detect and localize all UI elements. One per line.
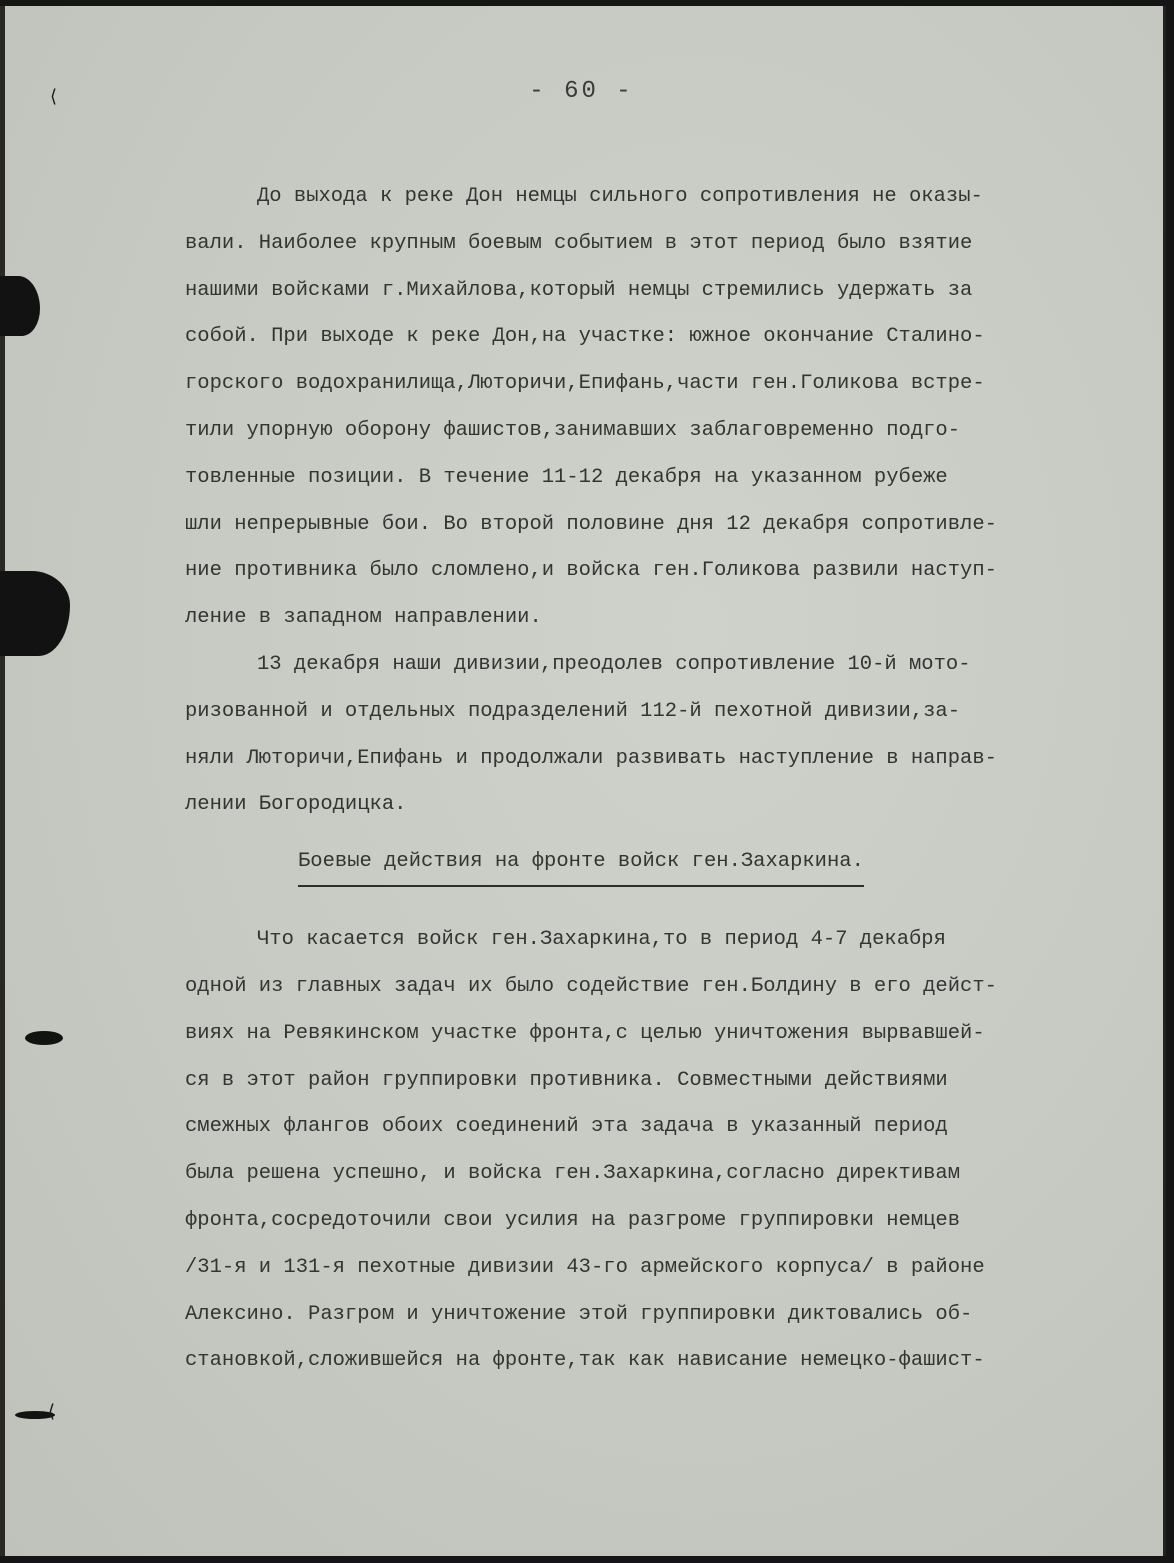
text-line: становкой,сложившейся на фронте,так как … [185, 1338, 1115, 1385]
page-binding-edge [0, 6, 5, 1556]
document-body: До выхода к реке Дон немцы сильного сопр… [185, 174, 1115, 1385]
paragraph-3: Что касается войск ген.Захаркина,то в пе… [185, 917, 1115, 1385]
text-line: Алексино. Разгром и уничтожение этой гру… [185, 1292, 1115, 1339]
paper-damage-mark [25, 1031, 63, 1045]
text-line: вали. Наиболее крупным боевым событием в… [185, 221, 1115, 268]
paragraph-1: До выхода к реке Дон немцы сильного сопр… [185, 174, 1115, 642]
section-heading: Боевые действия на фронте войск ген.Заха… [298, 845, 864, 887]
text-line: смежных флангов обоих соединений эта зад… [185, 1104, 1115, 1151]
text-line: была решена успешно, и войска ген.Захарк… [185, 1151, 1115, 1198]
text-line: товленные позиции. В течение 11-12 декаб… [185, 455, 1115, 502]
text-line: ризованной и отдельных подразделений 112… [185, 689, 1115, 736]
text-line: горского водохранилища,Люторичи,Епифань,… [185, 361, 1115, 408]
text-line: виях на Ревякинском участке фронта,с цел… [185, 1011, 1115, 1058]
text-line: шли непрерывные бои. Во второй половине … [185, 502, 1115, 549]
text-line: /31-я и 131-я пехотные дивизии 43-го арм… [185, 1245, 1115, 1292]
punch-hole-mark: ⟨ [48, 1401, 55, 1422]
text-line: одной из главных задач их было содействи… [185, 964, 1115, 1011]
page-number: - 60 - [0, 78, 1163, 105]
text-line: собой. При выходе к реке Дон,на участке:… [185, 314, 1115, 361]
text-line: тили упорную оборону фашистов,занимавших… [185, 408, 1115, 455]
text-line: 13 декабря наши дивизии,преодолев сопрот… [185, 642, 1115, 689]
paper-damage-mark [0, 276, 40, 336]
text-line: няли Люторичи,Епифань и продолжали разви… [185, 736, 1115, 783]
document-page: ⟨ ⟨ - 60 - До выхода к реке Дон немцы си… [0, 6, 1166, 1556]
section-heading-wrap: Боевые действия на фронте войск ген.Заха… [185, 839, 1115, 887]
text-line: ние противника было сломлено,и войска ге… [185, 548, 1115, 595]
text-line: фронта,сосредоточили свои усилия на разг… [185, 1198, 1115, 1245]
text-line: нашими войсками г.Михайлова,который немц… [185, 268, 1115, 315]
text-line: лении Богородицка. [185, 782, 1115, 829]
text-line: ление в западном направлении. [185, 595, 1115, 642]
paper-damage-mark [0, 571, 70, 656]
paragraph-2: 13 декабря наши дивизии,преодолев сопрот… [185, 642, 1115, 829]
text-line: Что касается войск ген.Захаркина,то в пе… [185, 917, 1115, 964]
text-line: ся в этот район группировки противника. … [185, 1058, 1115, 1105]
text-line: До выхода к реке Дон немцы сильного сопр… [185, 174, 1115, 221]
